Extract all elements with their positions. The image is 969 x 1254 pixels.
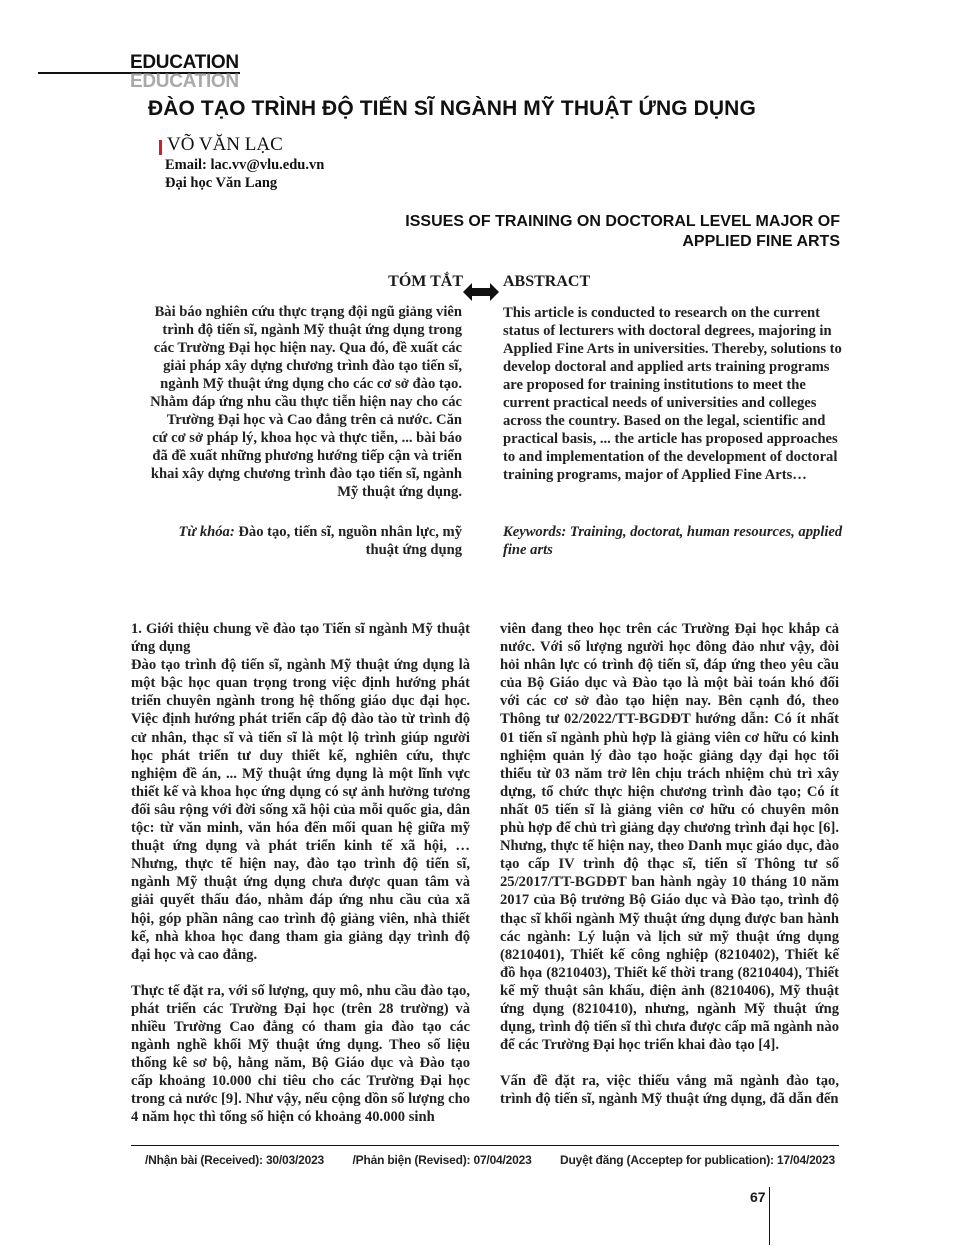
received-date: /Nhận bài (Received): 30/03/2023 (145, 1153, 324, 1167)
article-title-en: ISSUES OF TRAINING ON DOCTORAL LEVEL MAJ… (320, 212, 840, 252)
keywords-en: Keywords: Training, doctorat, human reso… (503, 523, 843, 559)
body-column-left: 1. Giới thiệu chung về đào tạo Tiến sĩ n… (131, 620, 470, 1127)
revised-date: /Phản biện (Revised): 07/04/2023 (353, 1153, 532, 1167)
paragraph: viên đang theo học trên các Trường Đại h… (500, 620, 839, 1054)
author-email: Email: lac.vv@vlu.edu.vn (165, 157, 324, 174)
section-label-ghost: EDUCATION (130, 71, 239, 93)
page-number-rule (769, 1187, 770, 1245)
author-affiliation: Đại học Văn Lang (165, 175, 277, 192)
keywords-values-vi: Đào tạo, tiến sĩ, nguồn nhân lực, mỹ thu… (235, 524, 462, 558)
author-name: VÕ VĂN LẠC (167, 134, 283, 156)
section-heading: 1. Giới thiệu chung về đào tạo Tiến sĩ n… (131, 620, 470, 656)
abstract-heading-en: ABSTRACT (503, 273, 590, 291)
accepted-date: Duyệt đăng (Acceptep for publication): 1… (560, 1153, 835, 1167)
paragraph: Thực tế đặt ra, với số lượng, quy mô, nh… (131, 982, 470, 1127)
author-marker (159, 140, 162, 155)
publication-dates: /Nhận bài (Received): 30/03/2023 /Phản b… (145, 1153, 835, 1167)
article-title-vi: ĐÀO TẠO TRÌNH ĐỘ TIẾN SĨ NGÀNH MỸ THUẬT … (148, 97, 756, 121)
title-en-line-2: APPLIED FINE ARTS (320, 232, 840, 252)
page-number: 67 (750, 1189, 766, 1205)
keywords-vi: Từ khóa: Đào tạo, tiến sĩ, nguồn nhân lự… (150, 523, 462, 559)
paragraph: Đào tạo trình độ tiến sĩ, ngành Mỹ thuật… (131, 657, 470, 963)
title-en-line-1: ISSUES OF TRAINING ON DOCTORAL LEVEL MAJ… (320, 212, 840, 232)
abstract-heading-vi: TÓM TẮT (380, 273, 463, 291)
keywords-label-vi: Từ khóa: (179, 524, 235, 540)
body-column-right: viên đang theo học trên các Trường Đại h… (500, 620, 839, 1108)
abstract-text-vi: Bài báo nghiên cứu thực trạng đội ngũ gi… (150, 303, 462, 501)
abstract-text-en: This article is conducted to research on… (503, 304, 843, 484)
double-arrow-icon (463, 283, 499, 301)
paragraph: Vấn đề đặt ra, việc thiếu vắng mã ngành … (500, 1072, 839, 1108)
footer-rule (131, 1145, 839, 1146)
